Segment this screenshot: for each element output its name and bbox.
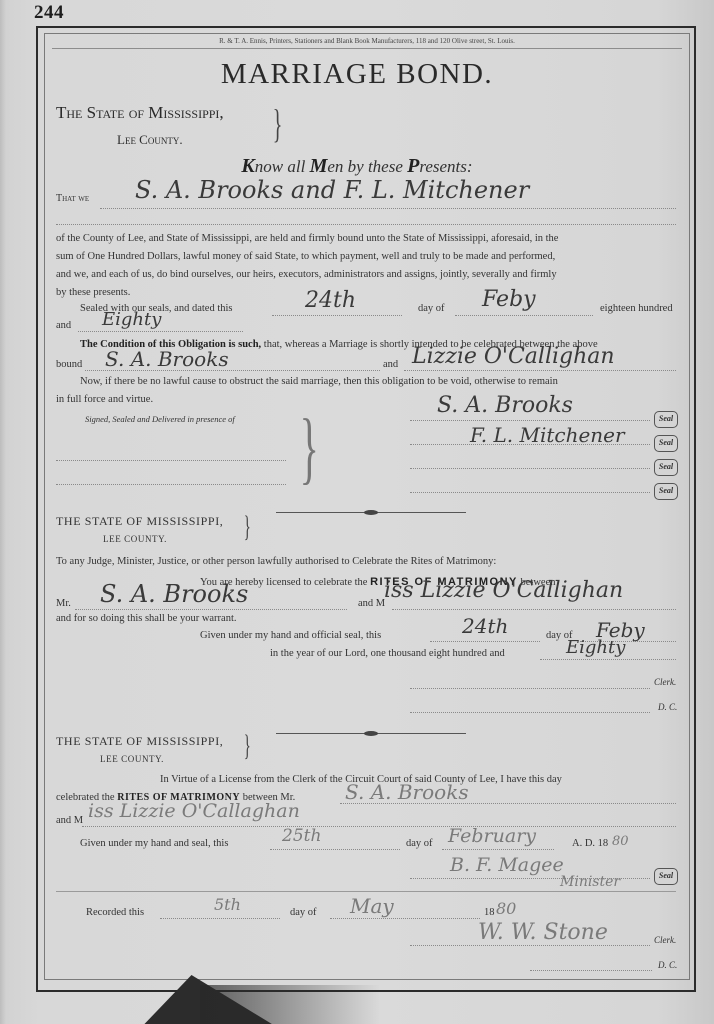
bond-state-heading: The State of Mississippi,: [56, 103, 224, 123]
sealed-day-handwritten: 24th: [305, 288, 356, 313]
recording-dc-line: [530, 970, 652, 971]
certificate-day-line: [270, 849, 400, 850]
recorded-year-handwritten: 80: [496, 899, 516, 918]
bound-label: bound: [56, 359, 82, 370]
license-groom-line: [75, 609, 347, 610]
certificate-bride-line: [82, 826, 676, 827]
recording-clerk-line: [410, 945, 650, 946]
witness-line-2: [56, 484, 286, 485]
certificate-and-m-label: and M: [56, 815, 83, 826]
signature-line-2: [410, 444, 650, 445]
lawful-cause-line-2: in full force and virtue.: [56, 394, 153, 405]
license-year-handwritten: Eighty: [566, 637, 625, 658]
bond-text-line-1: of the County of Lee, and State of Missi…: [56, 233, 558, 244]
license-given-prefix: Given under my hand and official seal, t…: [200, 630, 381, 641]
license-clerk-line: [410, 688, 650, 689]
certificate-seal: Seal: [654, 868, 678, 885]
warrant-line: and for so doing this shall be your warr…: [56, 613, 237, 624]
recorded-prefix: Recorded this: [86, 907, 144, 918]
bond-text-line-2: sum of One Hundred Dollars, lawful money…: [56, 251, 555, 262]
license-bride-handwritten: iss Lizzie O'Callighan: [384, 578, 623, 603]
ledger-page: 244 R. & T. A. Ennis, Printers, Statione…: [0, 0, 714, 1024]
printer-imprint: R. & T. A. Ennis, Printers, Stationers a…: [52, 37, 682, 45]
bond-text-line-4: by these presents.: [56, 287, 130, 298]
sealed-month-line: [455, 315, 593, 316]
document-title: MARRIAGE BOND.: [0, 58, 714, 91]
certificate-day-handwritten: 25th: [282, 826, 321, 846]
recording-dc-label: D. C.: [658, 960, 677, 970]
license-address: To any Judge, Minister, Justice, or othe…: [56, 556, 496, 567]
license-bride-line: [392, 609, 676, 610]
recording-clerk-label: Clerk.: [654, 935, 676, 945]
and-mid-label: and: [383, 359, 398, 370]
certificate-ad-label: A. D. 18: [572, 838, 608, 849]
recording-separator: [56, 891, 676, 892]
sealed-year-line: [78, 331, 243, 332]
bond-county-heading: Lee County.: [117, 132, 183, 148]
sealed-day-line: [272, 315, 402, 316]
seal-1: Seal: [654, 411, 678, 428]
recorded-day-handwritten: 5th: [214, 895, 241, 914]
recording-clerk-signature: W. W. Stone: [478, 920, 608, 945]
certificate-month-line: [442, 849, 554, 850]
license-county-heading: LEE COUNTY.: [103, 534, 167, 544]
that-we-label: That we: [56, 193, 89, 204]
seal-3: Seal: [654, 459, 678, 476]
license-and-miss-label: and M: [358, 598, 385, 609]
license-groom-handwritten: S. A. Brooks: [100, 580, 248, 608]
certificate-month-handwritten: February: [448, 825, 536, 847]
certificate-brace: }: [244, 731, 251, 761]
certificate-day-of: day of: [406, 838, 433, 849]
certificate-groom-handwritten: S. A. Brooks: [345, 780, 469, 804]
certificate-given-prefix: Given under my hand and seal, this: [80, 838, 228, 849]
page-fold-shadow-falloff: [200, 985, 380, 1024]
recorded-month-handwritten: May: [350, 894, 394, 918]
page-number: 244: [34, 2, 64, 24]
license-dc-line: [410, 712, 650, 713]
printer-rule: [52, 48, 682, 49]
license-year-line: [540, 659, 676, 660]
signature-line-1: [410, 420, 650, 421]
license-day-line: [430, 641, 540, 642]
signed-in-presence-label: Signed, Sealed and Delivered in presence…: [85, 414, 235, 424]
license-mr-label: Mr.: [56, 598, 71, 609]
witness-brace: }: [300, 408, 319, 488]
sealed-year-handwritten: Eighty: [102, 309, 161, 330]
certificate-bride-handwritten: iss Lizzie O'Callaghan: [88, 800, 300, 822]
certificate-state-heading: THE STATE OF MISSISSIPPI,: [56, 734, 223, 749]
signature-line-3: [410, 468, 650, 469]
obligors-line: [100, 208, 676, 209]
bond-brace: }: [273, 104, 283, 144]
license-clerk-label: Clerk.: [654, 677, 676, 687]
license-state-heading: THE STATE OF MISSISSIPPI,: [56, 514, 223, 529]
certificate-county-heading: LEE COUNTY.: [100, 754, 164, 764]
seal-2: Seal: [654, 435, 678, 452]
officiant-title: Minister: [560, 874, 620, 890]
signature-line-4: [410, 492, 650, 493]
recorded-year-prefix: 18: [484, 907, 495, 918]
sealed-day-of: day of: [418, 303, 445, 314]
bride-handwritten: Lizzie O'Callighan: [412, 344, 615, 369]
license-year-prefix: in the year of our Lord, one thousand ei…: [270, 648, 505, 659]
license-day-handwritten: 24th: [462, 614, 508, 638]
recorded-day-of: day of: [290, 907, 317, 918]
eighteen-hundred-label: eighteen hundred: [600, 303, 673, 314]
section-divider-1: [276, 512, 466, 513]
signature-1: S. A. Brooks: [437, 393, 573, 418]
officiant-signature: B. F. Magee: [450, 854, 564, 876]
know-all-men-heading: Know all Men by these Presents:: [0, 155, 714, 178]
certificate-year-handwritten: 80: [612, 834, 629, 849]
bond-text-line-3: and we, and each of us, do bind ourselve…: [56, 269, 557, 280]
recorded-month-line: [330, 918, 480, 919]
section-divider-2: [276, 733, 466, 734]
license-dc-label: D. C.: [658, 702, 677, 712]
seal-4: Seal: [654, 483, 678, 500]
blank-line: [56, 224, 676, 225]
and-label: and: [56, 320, 71, 331]
license-brace: }: [244, 512, 251, 542]
lawful-cause-line-1: Now, if there be no lawful cause to obst…: [80, 376, 558, 387]
recorded-day-line: [160, 918, 280, 919]
obligors-handwritten: S. A. Brooks and F. L. Mitchener: [135, 176, 529, 204]
sealed-month-handwritten: Feby: [482, 287, 536, 312]
bride-line: [404, 370, 676, 371]
groom-handwritten: S. A. Brooks: [105, 347, 229, 371]
witness-line-1: [56, 460, 286, 461]
